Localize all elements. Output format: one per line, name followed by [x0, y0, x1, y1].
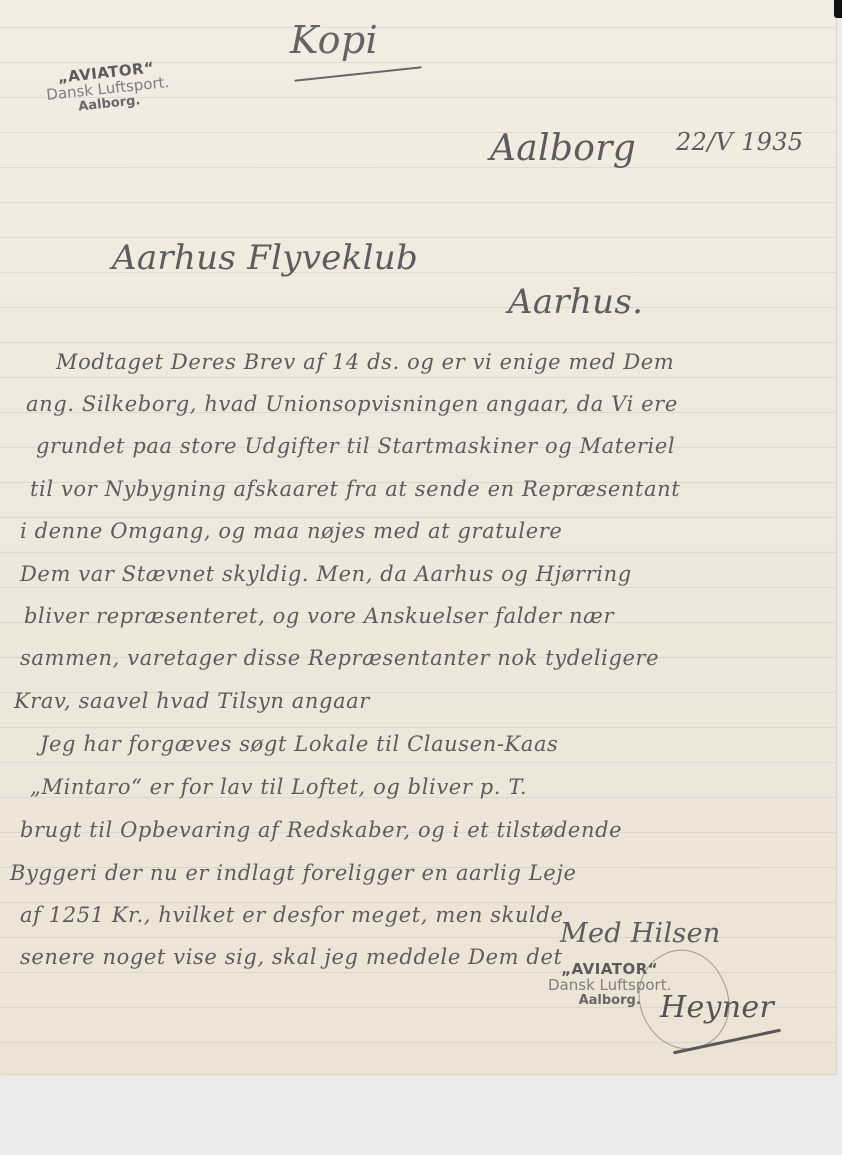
body-line: „Mintaro“ er for lav til Loftet, og bliv…	[30, 775, 527, 799]
body-line: af 1251 Kr., hvilket er desfor meget, me…	[20, 903, 564, 927]
body-line: Byggeri der nu er indlagt foreligger en …	[10, 861, 576, 885]
recipient-name: Aarhus Flyveklub	[112, 238, 418, 278]
copy-mark: Kopi	[290, 18, 378, 62]
body-line: til vor Nybygning afskaaret fra at sende…	[30, 477, 680, 501]
body-line: ang. Silkeborg, hvad Unionsopvisningen a…	[26, 392, 678, 416]
signature: Heyner	[660, 990, 774, 1025]
body-line: Modtaget Deres Brev af 14 ds. og er vi e…	[56, 350, 674, 374]
body-line: brugt til Opbevaring af Redskaber, og i …	[20, 818, 622, 842]
letter-date: 22/V 1935	[676, 128, 803, 156]
stamp-city: Aalborg.	[548, 994, 671, 1008]
letter-place: Aalborg	[490, 128, 636, 169]
signature-stamp: „AVIATOR“ Dansk Luftsport. Aalborg.	[548, 962, 671, 1007]
closing-salutation: Med Hilsen	[560, 918, 721, 949]
scan-corner-shadow	[834, 0, 842, 18]
body-line: senere noget vise sig, skal jeg meddele …	[20, 945, 563, 969]
body-line: Jeg har forgæves søgt Lokale til Clausen…	[40, 732, 558, 756]
body-line: Dem var Stævnet skyldig. Men, da Aarhus …	[20, 562, 632, 586]
body-line: Krav, saavel hvad Tilsyn angaar	[14, 689, 370, 713]
body-line: bliver repræsenteret, og vore Anskuelser…	[24, 604, 614, 628]
stamp-organization: Dansk Luftsport.	[548, 978, 671, 994]
recipient-city: Aarhus.	[508, 282, 643, 322]
body-line: grundet paa store Udgifter til Startmask…	[36, 434, 675, 458]
body-line: i denne Omgang, og maa nøjes med at grat…	[20, 519, 562, 543]
letter-page: Kopi „AVIATOR“ Dansk Luftsport. Aalborg.…	[0, 0, 836, 1074]
body-line: sammen, varetager disse Repræsentanter n…	[20, 646, 659, 670]
